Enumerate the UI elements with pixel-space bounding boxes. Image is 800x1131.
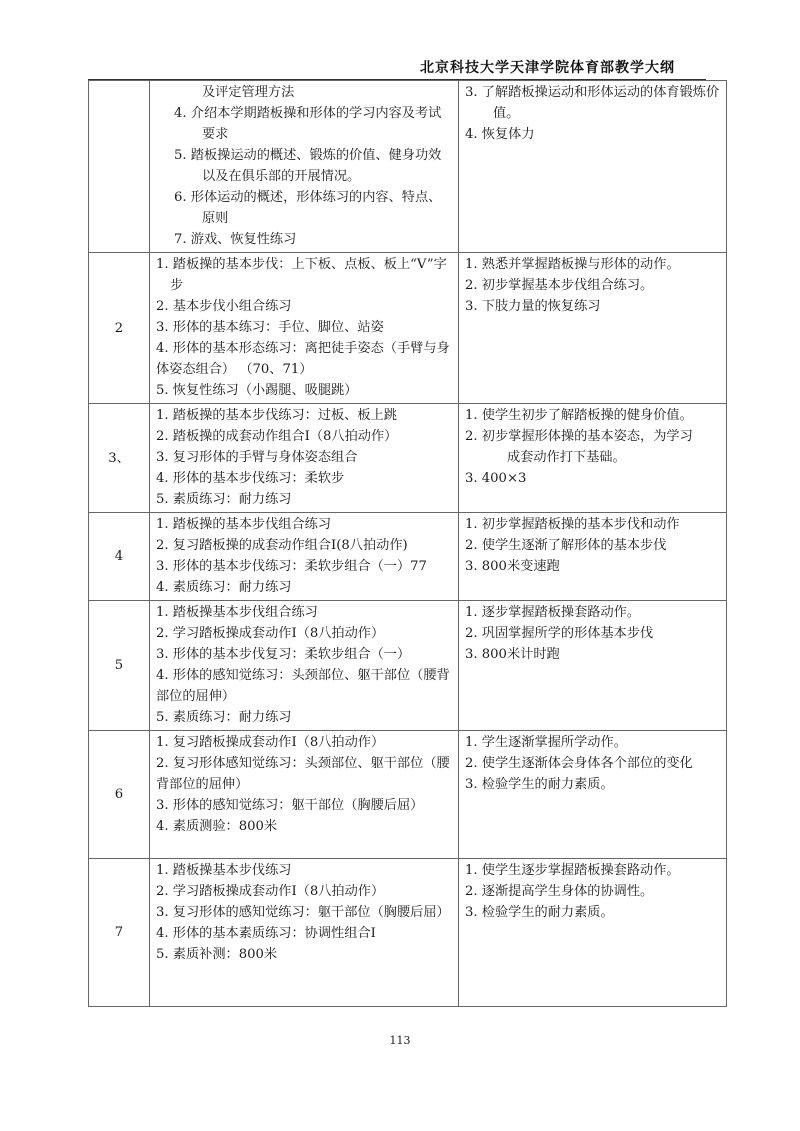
- goal-line: 2. 巩固掌握所学的形体基本步伐: [465, 623, 722, 644]
- content-line: 1. 复习踏板操成套动作Ⅰ（8八拍动作）: [156, 732, 454, 753]
- content-line: 1. 踏板操基本步伐组合练习: [156, 602, 454, 623]
- goal-line: 2. 使学生逐渐了解形体的基本步伐: [465, 535, 722, 556]
- goal-line: 2. 逐渐提高学生身体的协调性。: [465, 881, 722, 902]
- goal-line: 3. 了解踏板操运动和形体运动的体育锻炼价值。: [465, 82, 722, 124]
- goal-cell: 1. 使学生初步了解踏板操的健身价值。 2. 初步掌握形体操的基本姿态，为学习 …: [459, 404, 727, 513]
- running-header-title: 北京科技大学天津学院体育部教学大纲: [420, 57, 675, 77]
- goal-line: 3. 400×3: [465, 468, 722, 489]
- content-line: 4. 素质测验：800米: [156, 816, 454, 837]
- content-line: 4. 形体的基本步伐练习：柔软步: [156, 468, 454, 489]
- table-row: 4 1. 踏板操的基本步伐组合练习 2. 复习踏板操的成套动作组合Ⅰ(8八拍动作…: [89, 513, 727, 601]
- goal-line: 3. 下肢力量的恢复练习: [465, 296, 722, 317]
- table-row: 7 1. 踏板操基本步伐练习 2. 学习踏板操成套动作Ⅰ（8八拍动作） 3. 复…: [89, 859, 727, 1007]
- content-line: 1. 踏板操的基本步伐：上下板、点板、板上“V”字步: [156, 254, 454, 296]
- content-line: 4. 素质练习：耐力练习: [156, 577, 454, 598]
- goal-line: 成套动作打下基础。: [465, 447, 722, 468]
- goal-cell: 1. 学生逐渐掌握所学动作。 2. 使学生逐渐体会身体各个部位的变化 3. 检验…: [459, 731, 727, 859]
- content-line: 3. 复习形体的感知觉练习：躯干部位（胸腰后屈）: [156, 902, 454, 923]
- content-line: 3. 复习形体的手臂与身体姿态组合: [156, 447, 454, 468]
- content-line: 1. 踏板操基本步伐练习: [156, 860, 454, 881]
- week-cell: [89, 81, 150, 253]
- goal-line: 3. 检验学生的耐力素质。: [465, 774, 722, 795]
- content-cell: 1. 踏板操基本步伐练习 2. 学习踏板操成套动作Ⅰ（8八拍动作） 3. 复习形…: [150, 859, 459, 1007]
- content-line: 7. 游戏、恢复性练习: [156, 229, 454, 250]
- goal-line: 1. 熟悉并掌握踏板操与形体的动作。: [465, 254, 722, 275]
- content-line: 3. 形体的基本步伐复习：柔软步组合（一）: [156, 644, 454, 665]
- content-line: 2. 复习踏板操的成套动作组合Ⅰ(8八拍动作): [156, 535, 454, 556]
- goal-line: 1. 使学生初步了解踏板操的健身价值。: [465, 405, 722, 426]
- table-row: 6 1. 复习踏板操成套动作Ⅰ（8八拍动作） 2. 复习形体感知觉练习：头颈部位…: [89, 731, 727, 859]
- goal-line: 2. 使学生逐渐体会身体各个部位的变化: [465, 753, 722, 774]
- week-cell: 4: [89, 513, 150, 601]
- week-cell: 3、: [89, 404, 150, 513]
- content-line: 3. 形体的基本练习：手位、脚位、站姿: [156, 317, 454, 338]
- goal-cell: 1. 熟悉并掌握踏板操与形体的动作。 2. 初步掌握基本步伐组合练习。 3. 下…: [459, 253, 727, 404]
- goal-cell: 1. 逐步掌握踏板操套路动作。 2. 巩固掌握所学的形体基本步伐 3. 800米…: [459, 601, 727, 731]
- content-line: 6. 形体运动的概述，形体练习的内容、特点、原则: [156, 187, 454, 229]
- goal-line: 1. 逐步掌握踏板操套路动作。: [465, 602, 722, 623]
- content-cell: 及评定管理方法 4. 介绍本学期踏板操和形体的学习内容及考试要求 5. 踏板操运…: [150, 81, 459, 253]
- content-line: 2. 复习形体感知觉练习：头颈部位、躯干部位（腰背部位的屈伸）: [156, 753, 454, 795]
- goal-line: 2. 初步掌握形体操的基本姿态，为学习: [465, 426, 722, 447]
- week-cell: 6: [89, 731, 150, 859]
- goal-line: 3. 检验学生的耐力素质。: [465, 902, 722, 923]
- page-number: 113: [0, 1034, 800, 1047]
- content-line: 4. 形体的基本素质练习：协调性组合Ⅰ: [156, 923, 454, 944]
- content-line: 1. 踏板操的基本步伐组合练习: [156, 514, 454, 535]
- content-line: 4. 形体的感知觉练习：头颈部位、躯干部位（腰背部位的屈伸）: [156, 665, 454, 707]
- content-line: 及评定管理方法: [156, 82, 454, 103]
- content-line: 4. 形体的基本形态练习：离把徒手姿态（手臂与身体姿态组合） （70、71）: [156, 338, 454, 380]
- content-line: 5. 素质练习：耐力练习: [156, 707, 454, 728]
- goal-cell: 1. 使学生逐步掌握踏板操套路动作。 2. 逐渐提高学生身体的协调性。 3. 检…: [459, 859, 727, 1007]
- content-line: 3. 形体的基本步伐练习：柔软步组合（一）77: [156, 556, 454, 577]
- syllabus-table: 及评定管理方法 4. 介绍本学期踏板操和形体的学习内容及考试要求 5. 踏板操运…: [88, 80, 727, 1007]
- content-line: 2. 踏板操的成套动作组合Ⅰ（8八拍动作）: [156, 426, 454, 447]
- content-cell: 1. 踏板操的基本步伐练习：过板、板上跳 2. 踏板操的成套动作组合Ⅰ（8八拍动…: [150, 404, 459, 513]
- goal-line: 2. 初步掌握基本步伐组合练习。: [465, 275, 722, 296]
- week-cell: 5: [89, 601, 150, 731]
- content-line: 5. 素质练习：耐力练习: [156, 489, 454, 510]
- content-line: 5. 踏板操运动的概述、锻炼的价值、健身功效以及在俱乐部的开展情况。: [156, 145, 454, 187]
- content-cell: 1. 踏板操的基本步伐：上下板、点板、板上“V”字步 2. 基本步伐小组合练习 …: [150, 253, 459, 404]
- content-line: 4. 介绍本学期踏板操和形体的学习内容及考试要求: [156, 103, 454, 145]
- goal-line: 4. 恢复体力: [465, 124, 722, 145]
- goal-line: 1. 使学生逐步掌握踏板操套路动作。: [465, 860, 722, 881]
- content-cell: 1. 踏板操基本步伐组合练习 2. 学习踏板操成套动作Ⅰ（8八拍动作） 3. 形…: [150, 601, 459, 731]
- goal-line: 3. 800米变速跑: [465, 556, 722, 577]
- goal-line: 1. 学生逐渐掌握所学动作。: [465, 732, 722, 753]
- goal-cell: 1. 初步掌握踏板操的基本步伐和动作 2. 使学生逐渐了解形体的基本步伐 3. …: [459, 513, 727, 601]
- week-cell: 7: [89, 859, 150, 1007]
- goal-line: 1. 初步掌握踏板操的基本步伐和动作: [465, 514, 722, 535]
- week-cell: 2: [89, 253, 150, 404]
- table-row: 5 1. 踏板操基本步伐组合练习 2. 学习踏板操成套动作Ⅰ（8八拍动作） 3.…: [89, 601, 727, 731]
- content-line: 2. 学习踏板操成套动作Ⅰ（8八拍动作）: [156, 881, 454, 902]
- content-line: 2. 基本步伐小组合练习: [156, 296, 454, 317]
- content-cell: 1. 踏板操的基本步伐组合练习 2. 复习踏板操的成套动作组合Ⅰ(8八拍动作) …: [150, 513, 459, 601]
- goal-line: 3. 800米计时跑: [465, 644, 722, 665]
- content-cell: 1. 复习踏板操成套动作Ⅰ（8八拍动作） 2. 复习形体感知觉练习：头颈部位、躯…: [150, 731, 459, 859]
- table-row: 2 1. 踏板操的基本步伐：上下板、点板、板上“V”字步 2. 基本步伐小组合练…: [89, 253, 727, 404]
- goal-cell: 3. 了解踏板操运动和形体运动的体育锻炼价值。 4. 恢复体力: [459, 81, 727, 253]
- content-line: 5. 恢复性练习（小踢腿、吸腿跳）: [156, 380, 454, 401]
- content-line: 5. 素质补测：800米: [156, 944, 454, 965]
- table-row: 及评定管理方法 4. 介绍本学期踏板操和形体的学习内容及考试要求 5. 踏板操运…: [89, 81, 727, 253]
- table-row: 3、 1. 踏板操的基本步伐练习：过板、板上跳 2. 踏板操的成套动作组合Ⅰ（8…: [89, 404, 727, 513]
- content-line: 3. 形体的感知觉练习：躯干部位（胸腰后屈）: [156, 795, 454, 816]
- content-line: 1. 踏板操的基本步伐练习：过板、板上跳: [156, 405, 454, 426]
- content-line: 2. 学习踏板操成套动作Ⅰ（8八拍动作）: [156, 623, 454, 644]
